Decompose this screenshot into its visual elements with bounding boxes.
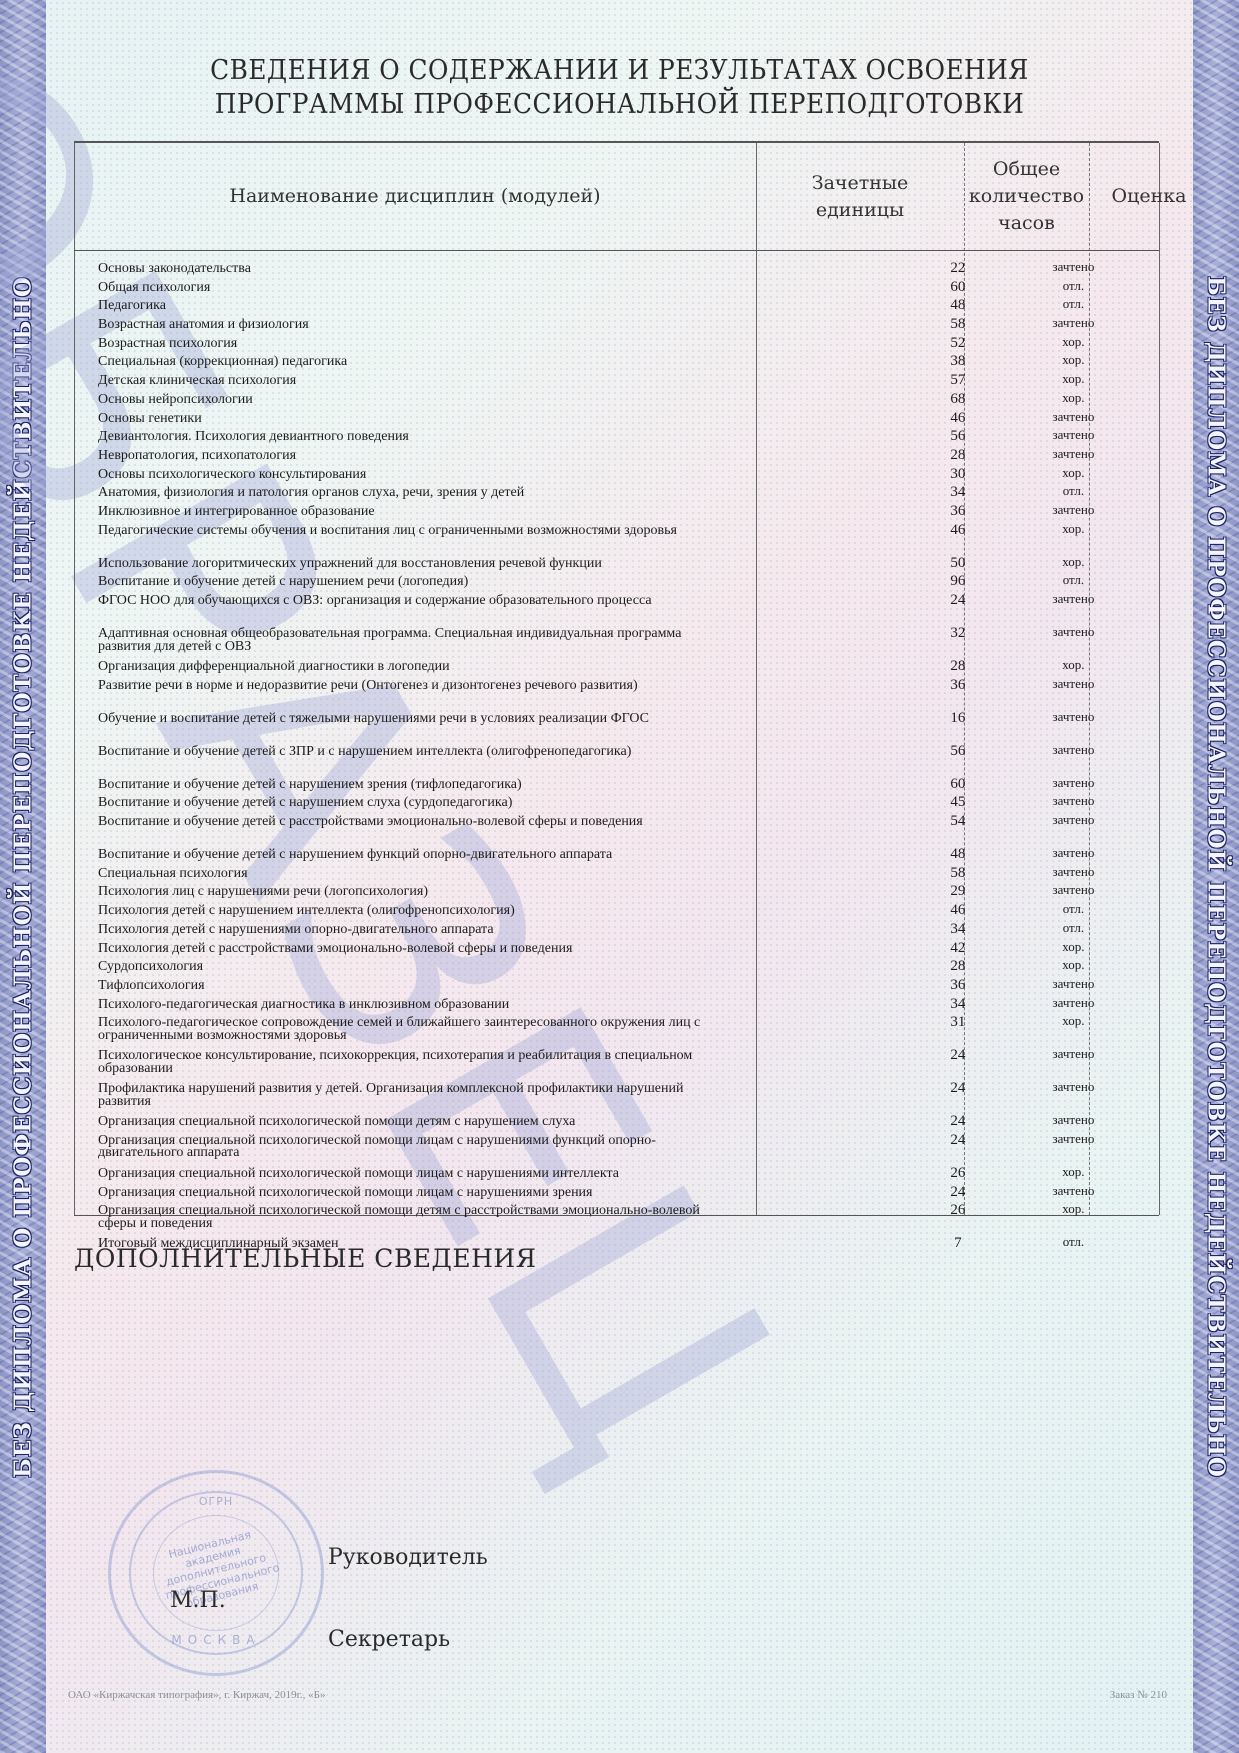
discipline-name: Профилактика нарушений развития у детей.… (98, 1080, 718, 1108)
discipline-name: Воспитание и обучение детей с нарушением… (98, 846, 718, 862)
official-stamp: ОГРН Национальная академия дополнительно… (108, 1470, 324, 1676)
table-body: Основы законодательства22зачтеноОбщая пс… (98, 260, 1158, 1254)
discipline-name: Основы законодательства (98, 260, 718, 276)
hours-value: 46 (927, 410, 989, 425)
table-row: Воспитание и обучение детей с расстройст… (98, 813, 1158, 846)
table-right-border (1159, 143, 1160, 1215)
discipline-name: Организация специальной психологической … (98, 1113, 718, 1129)
grade-value: зачтено (989, 776, 1158, 790)
header-hours-line: Общее (969, 156, 1084, 183)
grade-value: хор. (989, 658, 1158, 672)
discipline-name: Специальная (коррекционная) педагогика (98, 353, 718, 369)
table-row: Основы нейропсихологии68хор. (98, 391, 1158, 410)
table-row: Специальная психология58зачтено (98, 865, 1158, 884)
discipline-name: Психолого-педагогическое сопровождение с… (98, 1014, 718, 1042)
grade-value: зачтено (989, 447, 1158, 461)
hours-value: 57 (927, 372, 989, 387)
grade-value: хор. (989, 555, 1158, 569)
grade-value: зачтено (989, 996, 1158, 1010)
discipline-name: Общая психология (98, 279, 718, 295)
header-credit-units: Зачетные единицы (756, 143, 964, 250)
signature-head-label: Руководитель (328, 1545, 488, 1570)
discipline-name: Психология детей с расстройствами эмоцио… (98, 940, 718, 956)
discipline-name: Обучение и воспитание детей с тяжелыми н… (98, 710, 718, 726)
grade-value: отл. (989, 279, 1158, 293)
left-border-text: БЕЗ ДИПЛОМА О ПРОФЕССИОНАЛЬНОЙ ПЕРЕПОДГО… (10, 276, 37, 1478)
discipline-name: Тифлопсихология (98, 977, 718, 993)
discipline-name: Развитие речи в норме и недоразвитие реч… (98, 677, 718, 693)
grade-value: зачтено (989, 316, 1158, 330)
grade-value: хор. (989, 335, 1158, 349)
table-row: Анатомия, физиология и патология органов… (98, 484, 1158, 503)
table-row: Психология детей с нарушением интеллекта… (98, 902, 1158, 921)
discipline-name: Сурдопсихология (98, 958, 718, 974)
table-row: Педагогика48отл. (98, 297, 1158, 316)
hours-value: 29 (927, 883, 989, 898)
table-row: ФГОС НОО для обучающихся с ОВЗ: организа… (98, 592, 1158, 625)
discipline-name: Психолого-педагогическая диагностика в и… (98, 996, 718, 1012)
table-row: Психология детей с нарушениями опорно-дв… (98, 921, 1158, 940)
grade-value: зачтено (989, 503, 1158, 517)
hours-value: 48 (927, 297, 989, 312)
discipline-name: Воспитание и обучение детей с нарушением… (98, 776, 718, 792)
discipline-name: Организация специальной психологической … (98, 1165, 718, 1181)
table-row: Воспитание и обучение детей с нарушением… (98, 776, 1158, 795)
table-row: Адаптивная основная общеобразовательная … (98, 625, 1158, 658)
grade-value: отл. (989, 902, 1158, 916)
title-line-1: СВЕДЕНИЯ О СОДЕРЖАНИИ И РЕЗУЛЬТАТАХ ОСВО… (50, 54, 1190, 88)
grade-value: отл. (989, 921, 1158, 935)
discipline-name: ФГОС НОО для обучающихся с ОВЗ: организа… (98, 592, 718, 608)
discipline-name: Психология лиц с нарушениями речи (логоп… (98, 883, 718, 899)
hours-value: 50 (927, 555, 989, 570)
grade-value: зачтено (989, 410, 1158, 424)
discipline-name: Основы генетики (98, 410, 718, 426)
hours-value: 31 (927, 1014, 989, 1029)
seal-place-label: М.П. (170, 1588, 226, 1613)
discipline-name: Возрастная психология (98, 335, 718, 351)
hours-value: 34 (927, 484, 989, 499)
hours-value: 26 (927, 1202, 989, 1217)
grade-value: отл. (989, 1235, 1158, 1249)
hours-value: 16 (927, 710, 989, 725)
hours-value: 28 (927, 958, 989, 973)
hours-value: 30 (927, 466, 989, 481)
hours-value: 36 (927, 977, 989, 992)
grade-value: хор. (989, 466, 1158, 480)
discipline-name: Возрастная анатомия и физиология (98, 316, 718, 332)
header-hours-line: часов (969, 210, 1084, 237)
grade-value: зачтено (989, 592, 1158, 606)
header-hours-line: количество (969, 183, 1084, 210)
grade-value: зачтено (989, 813, 1158, 827)
table-row: Организация специальной психологической … (98, 1184, 1158, 1203)
stamp-ogrn: ОГРН (111, 1495, 321, 1508)
hours-value: 45 (927, 794, 989, 809)
header-grade: Оценка (1089, 143, 1209, 250)
grade-value: зачтено (989, 743, 1158, 757)
table-row: Психология детей с расстройствами эмоцио… (98, 940, 1158, 959)
hours-value: 46 (927, 902, 989, 917)
table-row: Сурдопсихология28хор. (98, 958, 1158, 977)
hours-value: 24 (927, 592, 989, 607)
hours-value: 58 (927, 865, 989, 880)
discipline-name: Организация специальной психологической … (98, 1184, 718, 1200)
hours-value: 96 (927, 573, 989, 588)
discipline-name: Основы психологического консультирования (98, 466, 718, 482)
table-row: Организация специальной психологической … (98, 1113, 1158, 1132)
table-row: Специальная (коррекционная) педагогика38… (98, 353, 1158, 372)
grade-value: зачтено (989, 1184, 1158, 1198)
table-row: Воспитание и обучение детей с ЗПР и с на… (98, 743, 1158, 776)
hours-value: 60 (927, 776, 989, 791)
hours-value: 28 (927, 447, 989, 462)
grade-value: зачтено (989, 710, 1158, 724)
hours-value: 24 (927, 1080, 989, 1095)
hours-value: 58 (927, 316, 989, 331)
grade-value: хор. (989, 940, 1158, 954)
hours-value: 48 (927, 846, 989, 861)
discipline-name: Организация специальной психологической … (98, 1202, 718, 1230)
grade-value: хор. (989, 1014, 1158, 1028)
table-row: Профилактика нарушений развития у детей.… (98, 1080, 1158, 1113)
grade-value: зачтено (989, 625, 1158, 639)
grade-value: хор. (989, 958, 1158, 972)
hours-value: 38 (927, 353, 989, 368)
table-row: Организация специальной психологической … (98, 1165, 1158, 1184)
table-row: Общая психология60отл. (98, 279, 1158, 298)
discipline-name: Психология детей с нарушением интеллекта… (98, 902, 718, 918)
right-border-text: БЕЗ ДИПЛОМА О ПРОФЕССИОНАЛЬНОЙ ПЕРЕПОДГО… (1203, 276, 1230, 1478)
table-row: Психология лиц с нарушениями речи (логоп… (98, 883, 1158, 902)
hours-value: 54 (927, 813, 989, 828)
grade-value: зачтено (989, 260, 1158, 274)
grade-value: зачтено (989, 794, 1158, 808)
grade-value: хор. (989, 391, 1158, 405)
table-row: Детская клиническая психология57хор. (98, 372, 1158, 391)
grade-value: зачтено (989, 1080, 1158, 1094)
discipline-name: Специальная психология (98, 865, 718, 881)
discipline-name: Детская клиническая психология (98, 372, 718, 388)
grade-value: хор. (989, 372, 1158, 386)
discipline-name: Адаптивная основная общеобразовательная … (98, 625, 718, 653)
discipline-name: Педагогические системы обучения и воспит… (98, 522, 718, 538)
discipline-name: Организация специальной психологической … (98, 1132, 718, 1160)
table-row: Развитие речи в норме и недоразвитие реч… (98, 677, 1158, 710)
hours-value: 24 (927, 1132, 989, 1147)
stamp-city: МОСКВА (111, 1633, 321, 1647)
grade-value: отл. (989, 297, 1158, 311)
table-row: Основы законодательства22зачтено (98, 260, 1158, 279)
grade-value: хор. (989, 1165, 1158, 1179)
grade-value: зачтено (989, 846, 1158, 860)
discipline-name: Психология детей с нарушениями опорно-дв… (98, 921, 718, 937)
grade-value: зачтено (989, 1113, 1158, 1127)
hours-value: 22 (927, 260, 989, 275)
table-row: Психолого-педагогическое сопровождение с… (98, 1014, 1158, 1047)
discipline-name: Воспитание и обучение детей с нарушением… (98, 794, 718, 810)
table-row: Обучение и воспитание детей с тяжелыми н… (98, 710, 1158, 743)
table-row: Педагогические системы обучения и воспит… (98, 522, 1158, 555)
table-row: Психологическое консультирование, психок… (98, 1047, 1158, 1080)
table-row: Тифлопсихология36зачтено (98, 977, 1158, 996)
discipline-name: Основы нейропсихологии (98, 391, 718, 407)
table-row: Возрастная психология52хор. (98, 335, 1158, 354)
hours-value: 68 (927, 391, 989, 406)
header-discipline-name: Наименование дисциплин (модулей) (74, 143, 756, 250)
header-units-line: Зачетные (812, 170, 909, 197)
hours-value: 56 (927, 428, 989, 443)
hours-value: 36 (927, 677, 989, 692)
hours-value: 46 (927, 522, 989, 537)
header-total-hours: Общее количество часов (964, 143, 1089, 250)
discipline-name: Воспитание и обучение детей с нарушением… (98, 573, 718, 589)
hours-value: 32 (927, 625, 989, 640)
discipline-name: Организация дифференциальной диагностики… (98, 658, 718, 674)
page-title: СВЕДЕНИЯ О СОДЕРЖАНИИ И РЕЗУЛЬТАТАХ ОСВО… (50, 54, 1190, 122)
grade-value: отл. (989, 484, 1158, 498)
hours-value: 28 (927, 658, 989, 673)
table-row: Организация дифференциальной диагностики… (98, 658, 1158, 677)
hours-value: 34 (927, 921, 989, 936)
table-row: Организация специальной психологической … (98, 1202, 1158, 1235)
grade-value: отл. (989, 573, 1158, 587)
grade-value: зачтено (989, 865, 1158, 879)
header-units-line: единицы (812, 197, 909, 224)
right-security-border: БЕЗ ДИПЛОМА О ПРОФЕССИОНАЛЬНОЙ ПЕРЕПОДГО… (1193, 0, 1239, 1753)
grade-value: зачтено (989, 1132, 1158, 1146)
hours-value: 7 (927, 1235, 989, 1250)
discipline-name: Анатомия, физиология и патология органов… (98, 484, 718, 500)
hours-value: 52 (927, 335, 989, 350)
table-left-border (74, 143, 75, 1215)
grade-value: хор. (989, 1202, 1158, 1216)
table-row: Организация специальной психологической … (98, 1132, 1158, 1165)
order-number: Заказ № 210 (1110, 1689, 1167, 1701)
table-row: Использование логоритмических упражнений… (98, 555, 1158, 574)
table-row: Девиантология. Психология девиантного по… (98, 428, 1158, 447)
hours-value: 24 (927, 1184, 989, 1199)
table-row: Воспитание и обучение детей с нарушением… (98, 794, 1158, 813)
table-row: Основы психологического консультирования… (98, 466, 1158, 485)
hours-value: 36 (927, 503, 989, 518)
hours-value: 60 (927, 279, 989, 294)
table-row: Психолого-педагогическая диагностика в и… (98, 996, 1158, 1015)
discipline-name: Девиантология. Психология девиантного по… (98, 428, 718, 444)
discipline-name: Использование логоритмических упражнений… (98, 555, 718, 571)
grade-value: зачтено (989, 428, 1158, 442)
discipline-name: Воспитание и обучение детей с расстройст… (98, 813, 718, 829)
hours-value: 26 (927, 1165, 989, 1180)
header-divider (74, 250, 1159, 251)
discipline-name: Невропатология, психопатология (98, 447, 718, 463)
additional-info-title: ДОПОЛНИТЕЛЬНЫЕ СВЕДЕНИЯ (74, 1244, 536, 1273)
grade-value: хор. (989, 353, 1158, 367)
grade-value: зачтено (989, 977, 1158, 991)
table-row: Инклюзивное и интегрированное образовани… (98, 503, 1158, 522)
hours-value: 24 (927, 1113, 989, 1128)
left-security-border: БЕЗ ДИПЛОМА О ПРОФЕССИОНАЛЬНОЙ ПЕРЕПОДГО… (0, 0, 46, 1753)
discipline-name: Психологическое консультирование, психок… (98, 1047, 718, 1075)
hours-value: 42 (927, 940, 989, 955)
table-row: Основы генетики46зачтено (98, 410, 1158, 429)
discipline-name: Педагогика (98, 297, 718, 313)
grade-value: зачтено (989, 677, 1158, 691)
table-row: Возрастная анатомия и физиология58зачтен… (98, 316, 1158, 335)
hours-value: 34 (927, 996, 989, 1011)
table-row: Воспитание и обучение детей с нарушением… (98, 846, 1158, 865)
hours-value: 24 (927, 1047, 989, 1062)
grade-value: зачтено (989, 883, 1158, 897)
title-line-2: ПРОГРАММЫ ПРОФЕССИОНАЛЬНОЙ ПЕРЕПОДГОТОВК… (50, 88, 1190, 122)
table-row: Воспитание и обучение детей с нарушением… (98, 573, 1158, 592)
table-row: Невропатология, психопатология28зачтено (98, 447, 1158, 466)
hours-value: 56 (927, 743, 989, 758)
grade-value: хор. (989, 522, 1158, 536)
signature-secretary-label: Секретарь (328, 1627, 450, 1652)
discipline-name: Инклюзивное и интегрированное образовани… (98, 503, 718, 519)
discipline-name: Воспитание и обучение детей с ЗПР и с на… (98, 743, 718, 759)
printer-imprint: ОАО «Киржачская типография», г. Киржач, … (68, 1689, 326, 1701)
grade-value: зачтено (989, 1047, 1158, 1061)
